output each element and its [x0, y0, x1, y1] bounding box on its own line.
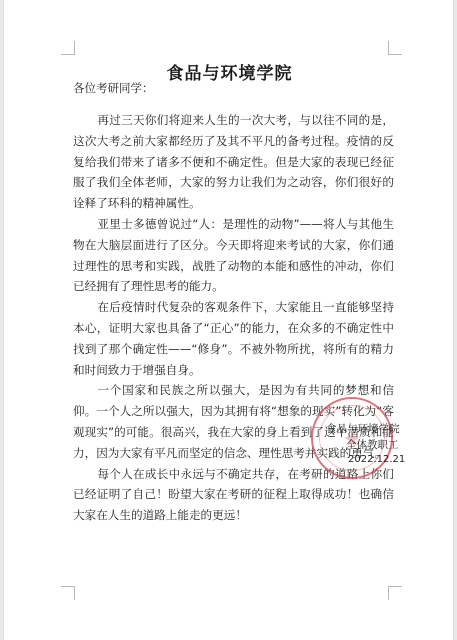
signature-organization: 食品与环境学院	[326, 421, 400, 436]
margin-corner-mark-bottom-left	[61, 586, 75, 600]
margin-corner-mark-bottom-right	[388, 586, 402, 600]
paragraph-2: 亚里士多德曾说过“人：是理性的动物”——将人与其他生物在大脑层面进行了区分。今天…	[73, 214, 394, 297]
paragraph-3: 在后疫情时代复杂的客观条件下，大家能且一直能够坚持本心，证明大家也具备了“正心”…	[73, 297, 394, 380]
document-title: 食品与环境学院	[4, 59, 455, 84]
signature-staff: 全体教职工	[346, 437, 399, 452]
margin-corner-mark-top-right	[388, 41, 402, 55]
paragraph-1: 再过三天你们将迎来人生的一次大考，与以往不同的是，这次大考之前大家都经历了及其不…	[73, 110, 394, 214]
signature-date: 2022.12.21	[348, 454, 405, 465]
greeting: 各位考研同学：	[73, 80, 154, 96]
document-page: 食品与环境学院 各位考研同学： 再过三天你们将迎来人生的一次大考，与以往不同的是…	[3, 0, 454, 640]
margin-corner-mark-top-left	[61, 41, 75, 55]
